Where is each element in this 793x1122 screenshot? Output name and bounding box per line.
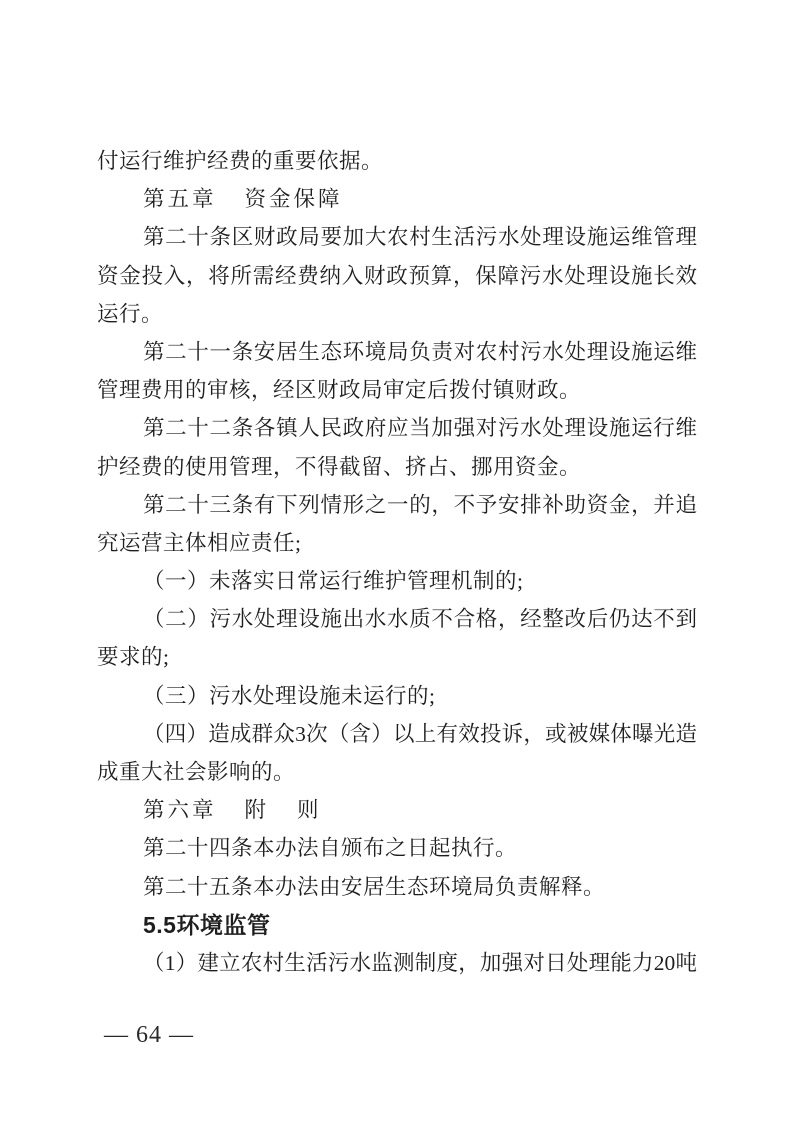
text-line: （二）污水处理设施出水水质不合格，经整改后仍达不到: [97, 600, 697, 638]
text-line: 第二十一条安居生态环境局负责对农村污水处理设施运维: [97, 333, 697, 371]
text-line: 护经费的使用管理，不得截留、挤占、挪用资金。: [97, 448, 697, 486]
chapter-heading: 第五章资金保障: [97, 180, 697, 218]
text-line: 究运营主体相应责任;: [97, 524, 697, 562]
text-line: 第二十五条本办法由安居生态环境局负责解释。: [97, 868, 697, 906]
text-line: 付运行维护经费的重要依据。: [97, 142, 697, 180]
chapter-label: 第五章: [143, 187, 217, 211]
page-number: — 64 —: [104, 1018, 194, 1052]
chapter-heading: 第六章附则: [97, 791, 697, 829]
text-line: 要求的;: [97, 638, 697, 676]
section-heading: 5.5环境监管: [97, 906, 697, 944]
text-line: 第二十条区财政局要加大农村生活污水处理设施运维管理: [97, 218, 697, 256]
document-page: 付运行维护经费的重要依据。第五章资金保障第二十条区财政局要加大农村生活污水处理设…: [0, 0, 793, 1122]
text-line: 资金投入，将所需经费纳入财政预算，保障污水处理设施长效: [97, 257, 697, 295]
chapter-title: 附: [245, 798, 270, 822]
text-line: 第二十四条本办法自颁布之日起执行。: [97, 829, 697, 867]
text-line: （1）建立农村生活污水监测制度，加强对日处理能力20吨: [97, 944, 697, 982]
text-line: 成重大社会影响的。: [97, 753, 697, 791]
text-line: 第二十三条有下列情形之一的，不予安排补助资金，并追: [97, 486, 697, 524]
text-line: （一）未落实日常运行维护管理机制的;: [97, 562, 697, 600]
chapter-title: 资金保障: [245, 187, 343, 211]
document-body: 付运行维护经费的重要依据。第五章资金保障第二十条区财政局要加大农村生活污水处理设…: [97, 142, 697, 982]
text-line: 第二十二条各镇人民政府应当加强对污水处理设施运行维: [97, 409, 697, 447]
chapter-title: 则: [297, 798, 322, 822]
text-line: （三）污水处理设施未运行的;: [97, 677, 697, 715]
text-line: 管理费用的审核，经区财政局审定后拨付镇财政。: [97, 371, 697, 409]
text-line: （四）造成群众3次（含）以上有效投诉，或被媒体曝光造: [97, 715, 697, 753]
text-line: 运行。: [97, 295, 697, 333]
chapter-label: 第六章: [143, 798, 217, 822]
